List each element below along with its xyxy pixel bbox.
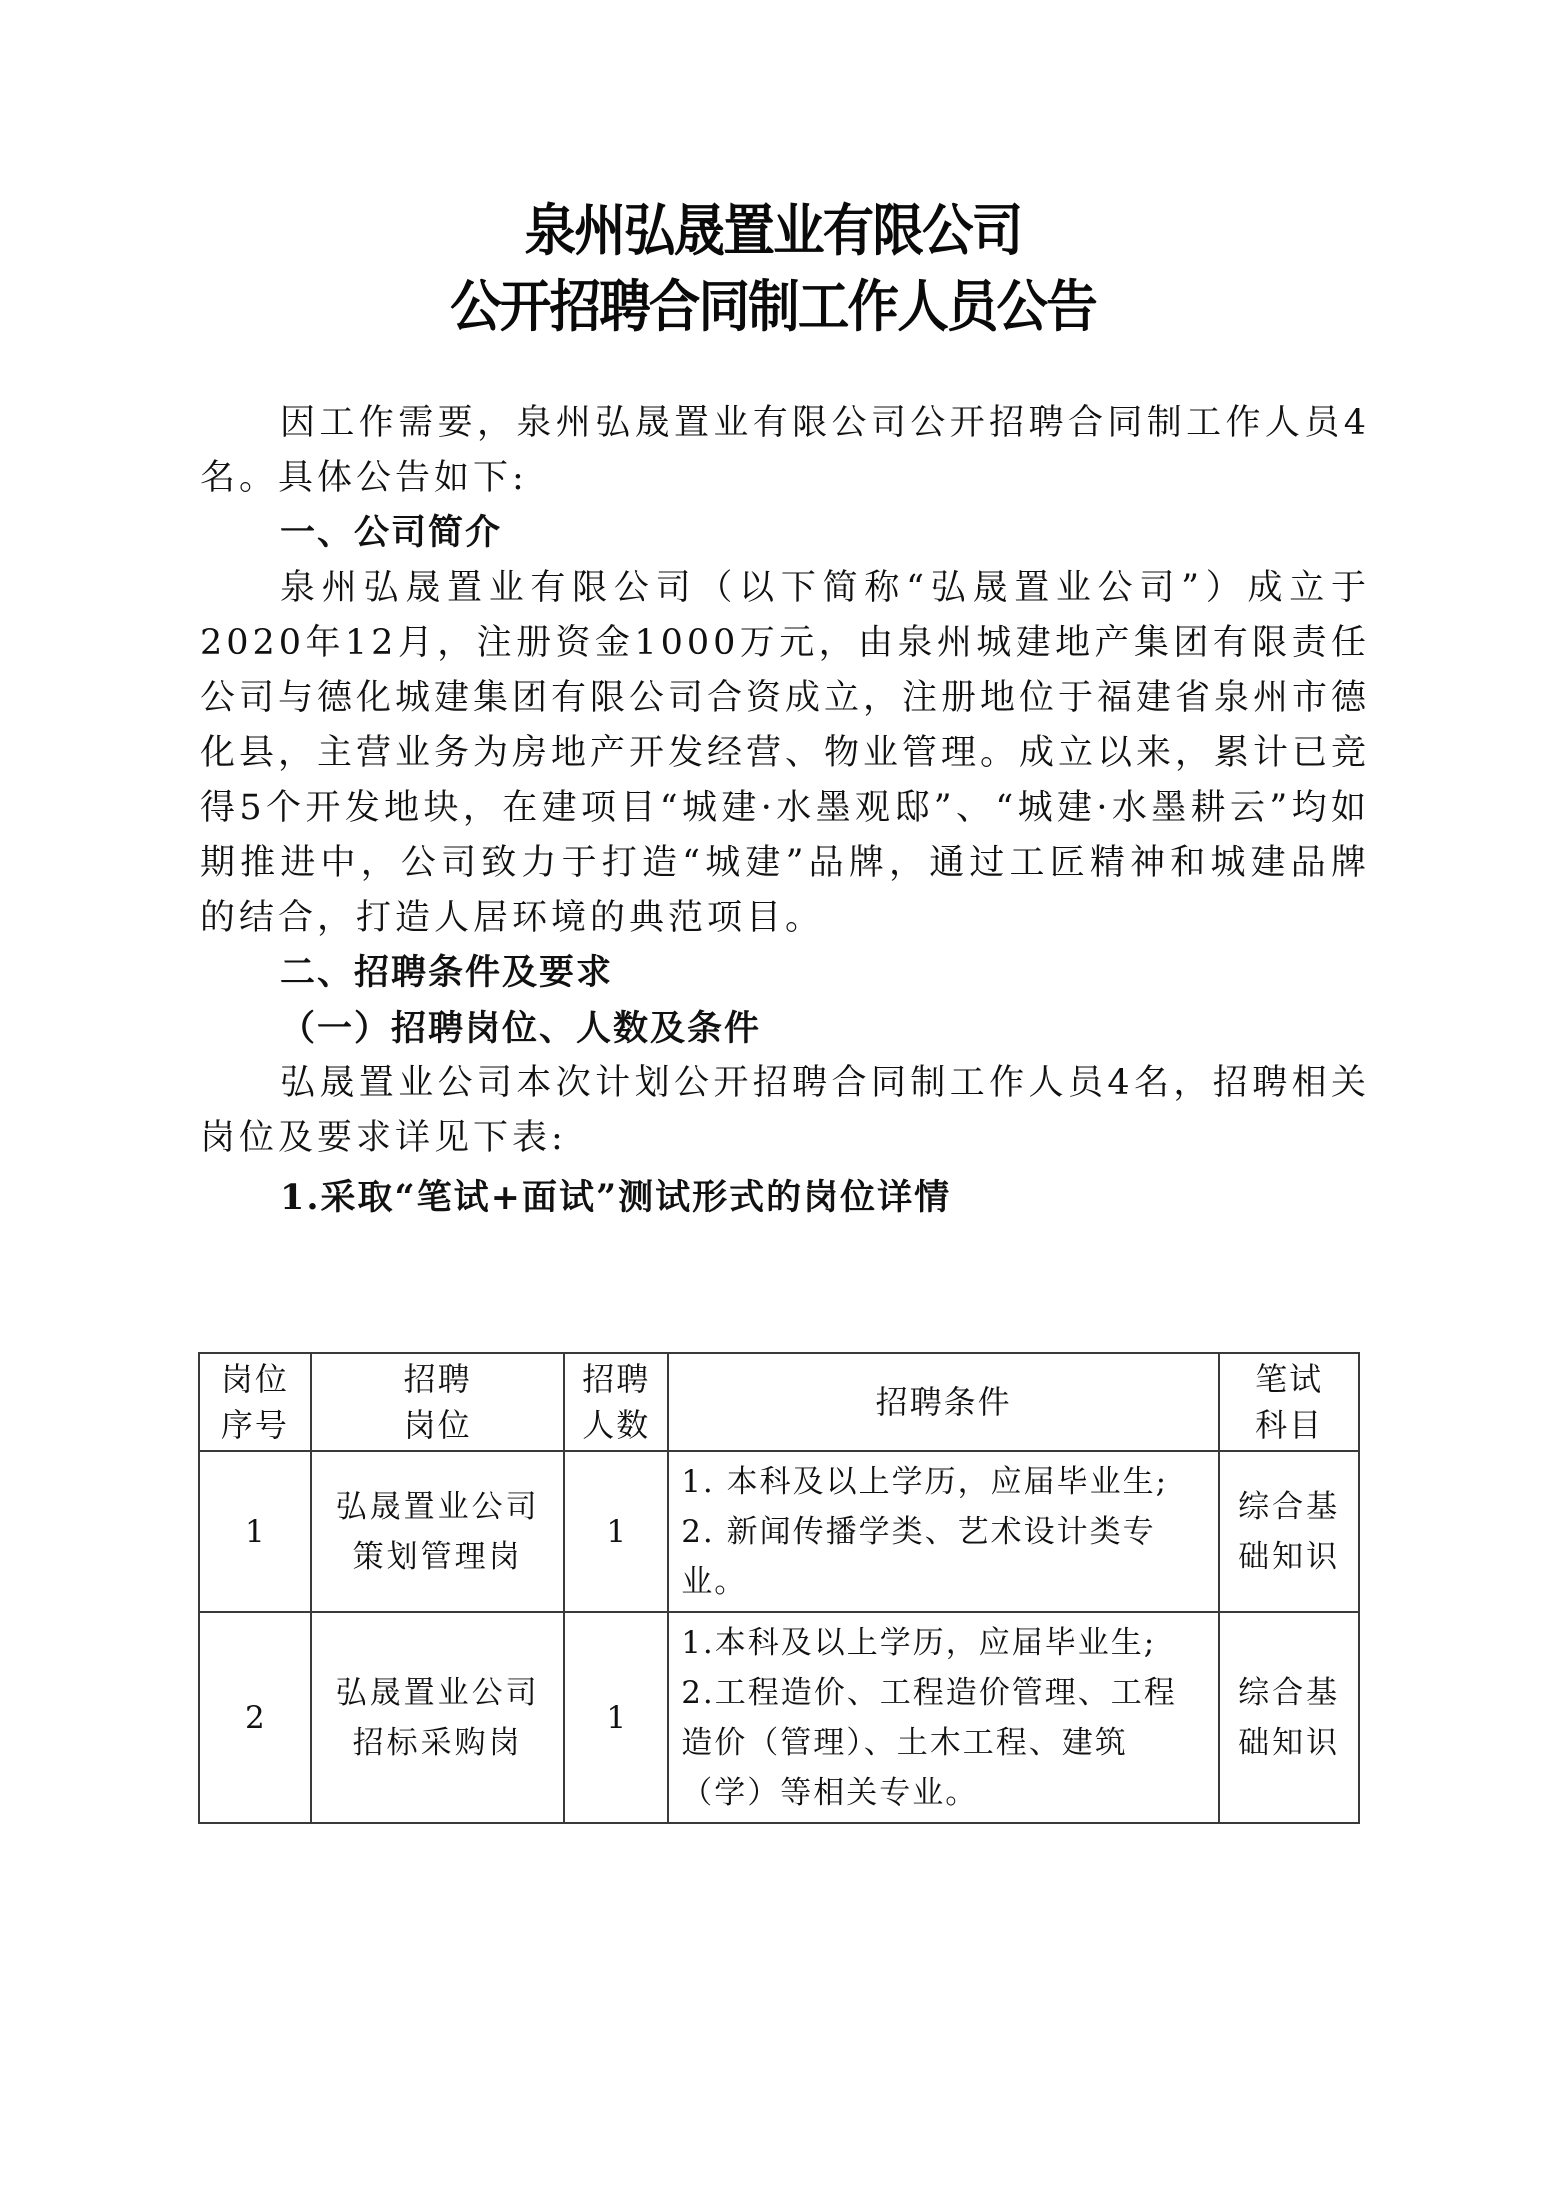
positions-paragraph: 弘晟置业公司本次计划公开招聘合同制工作人员4名，招聘相关岗位及要求详见下表: [200,1056,1370,1166]
intro-paragraph: 因工作需要，泉州弘晟置业有限公司公开招聘合同制工作人员4名。具体公告如下: [200,396,1370,506]
table-header-row: 岗位 序号 招聘 岗位 招聘 人数 招聘条件 笔试 科目 [199,1353,1359,1451]
cell-conditions: 1.本科及以上学历，应届毕业生; 2.工程造价、工程造价管理、工程造价（管理）、… [668,1612,1219,1823]
document-title-line-1: 泉州弘晟置业有限公司 [62,200,1484,264]
document-page: 泉州弘晟置业有限公司 公开招聘合同制工作人员公告 因工作需要，泉州弘晟置业有限公… [0,0,1546,2188]
cell-post: 弘晟置业公司 策划管理岗 [311,1451,565,1612]
subsection-heading-positions: （一）招聘岗位、人数及条件 [200,1001,1370,1056]
table-caption: 1.采取“笔试+面试”测试形式的岗位详情 [200,1170,1370,1225]
cell-seq: 1 [199,1451,311,1612]
document-body: 因工作需要，泉州弘晟置业有限公司公开招聘合同制工作人员4名。具体公告如下: 一、… [200,396,1370,1225]
section-heading-company-intro: 一、公司简介 [200,506,1370,561]
cell-subject: 综合基 础知识 [1219,1451,1359,1612]
header-seq: 岗位 序号 [199,1353,311,1451]
cell-subject: 综合基 础知识 [1219,1612,1359,1823]
section-heading-requirements: 二、招聘条件及要求 [200,946,1370,1001]
cell-count: 1 [564,1451,668,1612]
header-conditions: 招聘条件 [668,1353,1219,1451]
table-row: 2 弘晟置业公司 招标采购岗 1 1.本科及以上学历，应届毕业生; 2.工程造价… [199,1612,1359,1823]
cell-conditions: 1. 本科及以上学历，应届毕业生; 2. 新闻传播学类、艺术设计类专业。 [668,1451,1219,1612]
header-count: 招聘 人数 [564,1353,668,1451]
header-post: 招聘 岗位 [311,1353,565,1451]
document-title-line-2: 公开招聘合同制工作人员公告 [62,276,1484,340]
company-intro-paragraph: 泉州弘晟置业有限公司（以下简称“弘晟置业公司”）成立于2020年12月，注册资金… [200,561,1370,946]
cell-seq: 2 [199,1612,311,1823]
cell-count: 1 [564,1612,668,1823]
positions-table: 岗位 序号 招聘 岗位 招聘 人数 招聘条件 笔试 科目 [198,1352,1360,1824]
table-row: 1 弘晟置业公司 策划管理岗 1 1. 本科及以上学历，应届毕业生; 2. 新闻… [199,1451,1359,1612]
cell-post: 弘晟置业公司 招标采购岗 [311,1612,565,1823]
header-subject: 笔试 科目 [1219,1353,1359,1451]
